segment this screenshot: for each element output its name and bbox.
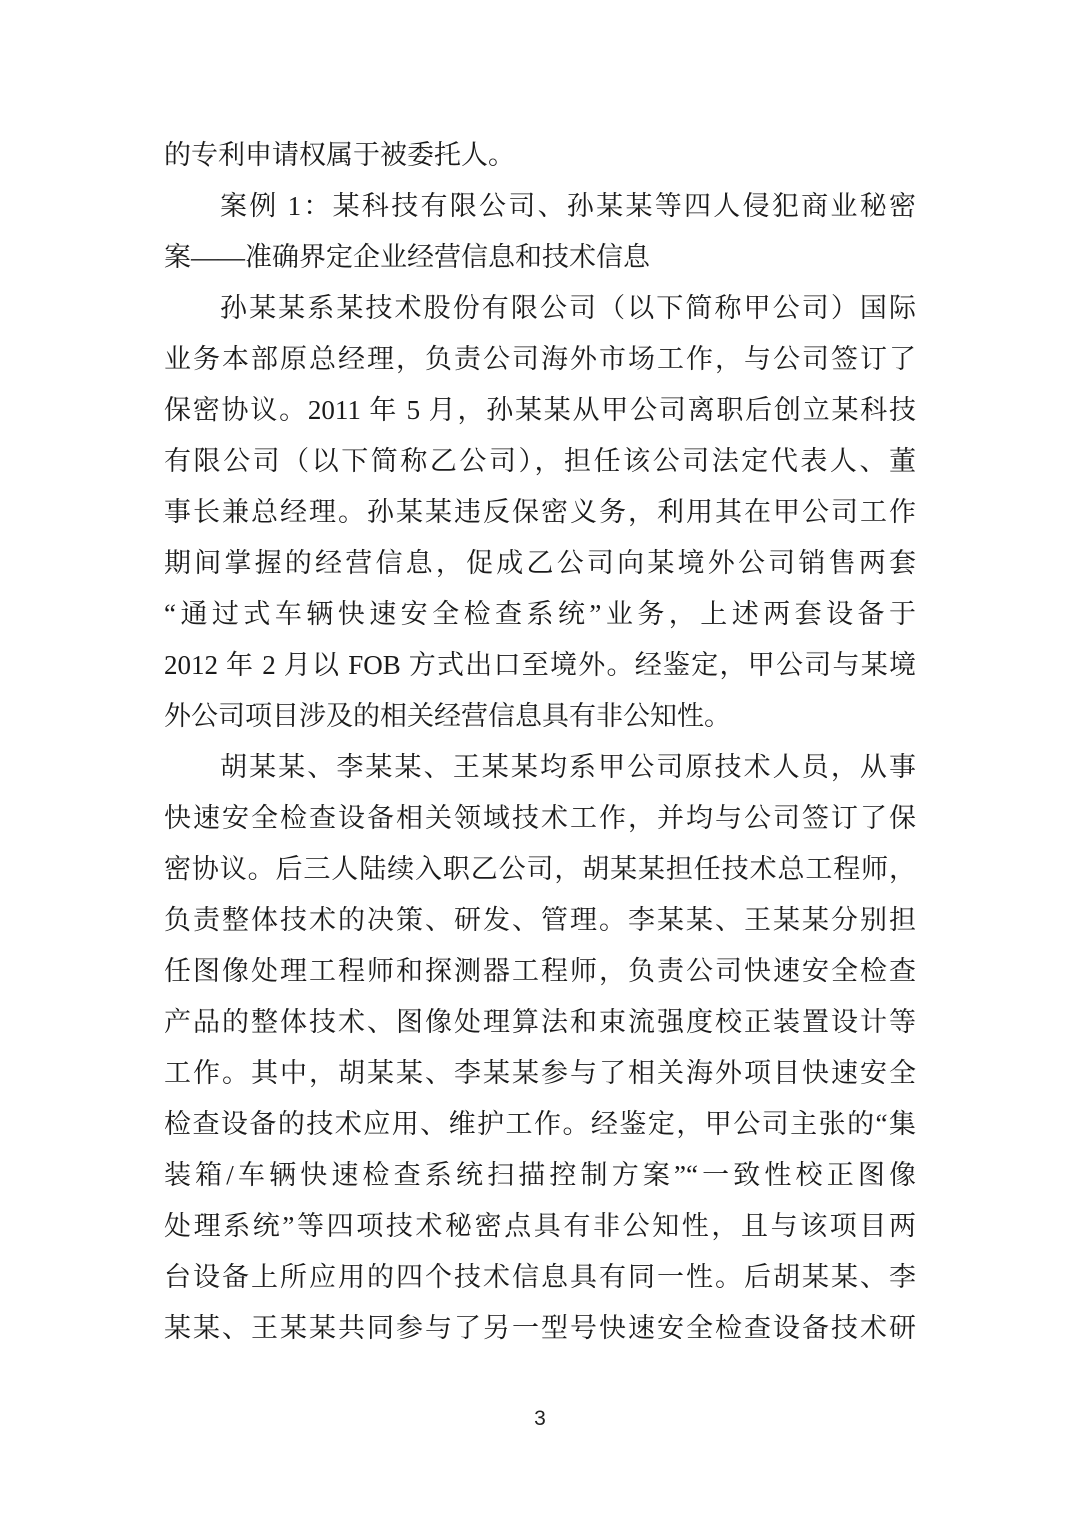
text-line: 外公司项目涉及的相关经营信息具有非公知性。 — [164, 691, 916, 742]
text-line: 期间掌握的经营信息，促成乙公司向某境外公司销售两套 — [164, 538, 916, 589]
text-line: 案——准确界定企业经营信息和技术信息 — [164, 232, 916, 283]
document-body: 的专利申请权属于被委托人。案例 1：某科技有限公司、孙某某等四人侵犯商业秘密案—… — [164, 130, 916, 1354]
text-line: 任图像处理工程师和探测器工程师，负责公司快速安全检查 — [164, 946, 916, 997]
page-number: 3 — [534, 1407, 546, 1430]
text-line: 2012 年 2 月以 FOB 方式出口至境外。经鉴定，甲公司与某境 — [164, 640, 916, 691]
text-line: 案例 1：某科技有限公司、孙某某等四人侵犯商业秘密 — [164, 181, 916, 232]
text-line: 孙某某系某技术股份有限公司（以下简称甲公司）国际 — [164, 283, 916, 334]
document-page: 的专利申请权属于被委托人。案例 1：某科技有限公司、孙某某等四人侵犯商业秘密案—… — [0, 0, 1080, 1528]
text-line: 胡某某、李某某、王某某均系甲公司原技术人员，从事 — [164, 742, 916, 793]
text-line: 装箱/车辆快速检查系统扫描控制方案”“一致性校正图像 — [164, 1150, 916, 1201]
text-line: 事长兼总经理。孙某某违反保密义务，利用其在甲公司工作 — [164, 487, 916, 538]
text-line: “通过式车辆快速安全检查系统”业务，上述两套设备于 — [164, 589, 916, 640]
text-line: 快速安全检查设备相关领域技术工作，并均与公司签订了保 — [164, 793, 916, 844]
text-line: 检查设备的技术应用、维护工作。经鉴定，甲公司主张的“集 — [164, 1099, 916, 1150]
text-line: 某某、王某某共同参与了另一型号快速安全检查设备技术研 — [164, 1303, 916, 1354]
text-line: 处理系统”等四项技术秘密点具有非公知性，且与该项目两 — [164, 1201, 916, 1252]
text-line: 工作。其中，胡某某、李某某参与了相关海外项目快速安全 — [164, 1048, 916, 1099]
text-line: 台设备上所应用的四个技术信息具有同一性。后胡某某、李 — [164, 1252, 916, 1303]
text-line: 产品的整体技术、图像处理算法和束流强度校正装置设计等 — [164, 997, 916, 1048]
text-line: 的专利申请权属于被委托人。 — [164, 130, 916, 181]
text-line: 业务本部原总经理，负责公司海外市场工作，与公司签订了 — [164, 334, 916, 385]
text-line: 有限公司（以下简称乙公司），担任该公司法定代表人、董 — [164, 436, 916, 487]
text-line: 保密协议。2011 年 5 月，孙某某从甲公司离职后创立某科技 — [164, 385, 916, 436]
page-footer: 3 — [0, 1404, 1080, 1434]
text-line: 负责整体技术的决策、研发、管理。李某某、王某某分别担 — [164, 895, 916, 946]
text-line: 密协议。后三人陆续入职乙公司，胡某某担任技术总工程师， — [164, 844, 916, 895]
